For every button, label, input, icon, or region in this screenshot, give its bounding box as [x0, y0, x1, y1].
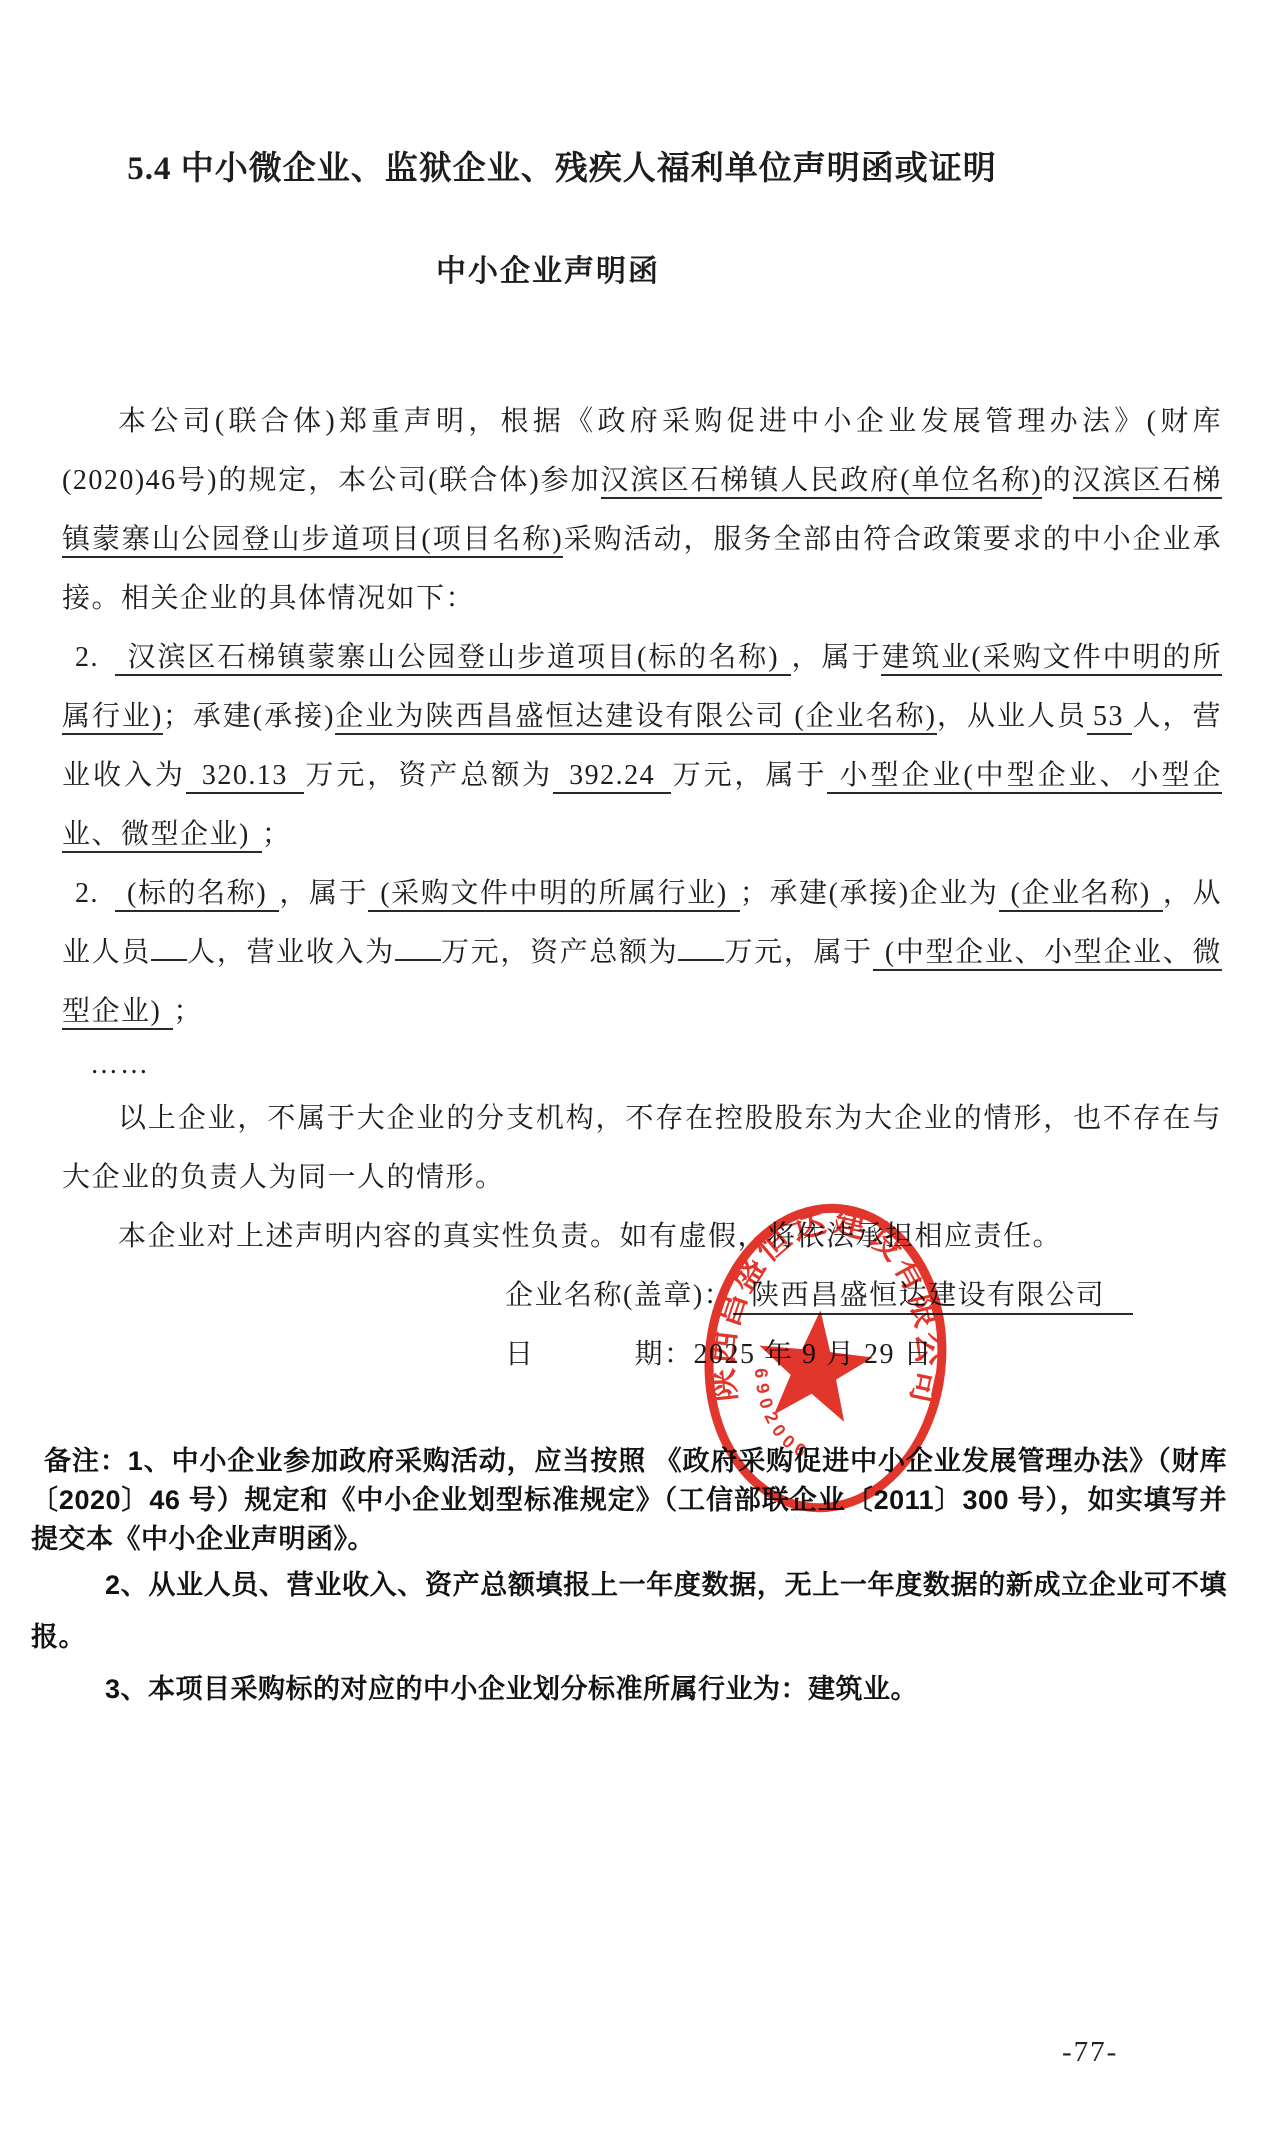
item2-subject-blank: (标的名称) — [115, 878, 279, 912]
date-label-left: 日 — [505, 1339, 535, 1370]
item2-text-1: ，属于 — [279, 878, 368, 909]
item1-number: 2. — [75, 642, 99, 673]
section-title: 5.4 中小微企业、监狱企业、残疾人福利单位声明函或证明 — [0, 142, 1280, 189]
item1-text-2: ；承建(承接) — [163, 701, 335, 732]
item1-text-3: ，从业人员 — [937, 701, 1087, 732]
declaration-paragraph: 本公司(联合体)郑重声明，根据《政府采购促进中小企业发展管理办法》(财库(202… — [62, 392, 1222, 628]
item2-company-blank: (企业名称) — [999, 878, 1163, 912]
note-2: 2、从业人员、营业收入、资产总额填报上一年度数据，无上一年度数据的新成立企业可不… — [31, 1559, 1227, 1663]
enterprise-item-1: 2.汉滨区石梯镇蒙寨山公园登山步道项目(标的名称)，属于建筑业(采购文件中明的所… — [62, 628, 1222, 864]
item2-assets-blank — [678, 928, 724, 961]
item1-employees-value: 53 — [1087, 701, 1132, 735]
purchaser-name-underlined: 汉滨区石梯镇人民政府(单位名称) — [601, 465, 1043, 499]
item1-text-7: ； — [262, 819, 292, 850]
note-1: 备注：1、中小企业参加政府采购活动，应当按照 《政府采购促进中小企业发展管理办法… — [31, 1442, 1227, 1559]
document-body: 本公司(联合体)郑重声明，根据《政府采购促进中小企业发展管理办法》(财库(202… — [62, 392, 1222, 1384]
item1-text-1: ，属于 — [791, 642, 881, 673]
notes-section: 备注：1、中小企业参加政府采购活动，应当按照 《政府采购促进中小企业发展管理办法… — [31, 1442, 1227, 1715]
item1-assets-value: 392.24 — [553, 760, 671, 794]
section-title-text: 5.4 中小微企业、监狱企业、残疾人福利单位声明函或证明 — [127, 151, 997, 187]
company-seal-line: 企业名称(盖章)：陕西昌盛恒达建设有限公司 — [505, 1266, 1222, 1325]
item1-text-5: 万元，资产总额为 — [304, 760, 553, 791]
document-title: 中小企业声明函 — [0, 246, 1280, 290]
p1-text-2: 的 — [1042, 465, 1072, 496]
scanned-declaration-page: 5.4 中小微企业、监狱企业、残疾人福利单位声明函或证明 中小企业声明函 本公司… — [0, 0, 1280, 2133]
item1-text-6: 万元，属于 — [671, 760, 827, 791]
item2-industry-blank: (采购文件中明的所属行业) — [368, 878, 740, 912]
item2-employees-blank — [151, 928, 187, 961]
date-label-right: 期： — [635, 1339, 694, 1370]
item1-company-underlined: 企业为陕西昌盛恒达建设有限公司 (企业名称) — [335, 701, 937, 735]
item2-text-2: ；承建(承接)企业为 — [740, 878, 999, 909]
note-3: 3、本项目采购标的对应的中小企业划分标准所属行业为：建筑业。 — [31, 1663, 1227, 1715]
enterprise-item-2: 2.(标的名称)，属于(采购文件中明的所属行业)；承建(承接)企业为(企业名称)… — [62, 864, 1222, 1041]
date-value: 2025 年 9 月 29 日 — [694, 1339, 934, 1370]
item2-revenue-blank — [395, 928, 441, 961]
page-number: -77- — [1062, 2036, 1118, 2069]
ellipsis-line: …… — [62, 1041, 1222, 1089]
responsibility-paragraph: 本企业对上述声明内容的真实性负责。如有虚假，将依法承担相应责任。 — [62, 1207, 1222, 1266]
signature-block: 企业名称(盖章)：陕西昌盛恒达建设有限公司 日期：2025 年 9 月 29 日 — [505, 1266, 1222, 1384]
item1-subject-underlined: 汉滨区石梯镇蒙寨山公园登山步道项目(标的名称) — [115, 642, 791, 676]
company-name-underlined: 陕西昌盛恒达建设有限公司 — [733, 1280, 1133, 1315]
item2-number: 2. — [75, 878, 99, 909]
company-seal-label: 企业名称(盖章)： — [505, 1280, 733, 1311]
item2-text-7: ； — [173, 996, 203, 1027]
item1-revenue-value: 320.13 — [186, 760, 304, 794]
item2-text-4: 人，营业收入为 — [187, 937, 395, 968]
date-line: 日期：2025 年 9 月 29 日 — [505, 1325, 1222, 1384]
item2-text-5: 万元，资产总额为 — [441, 937, 679, 968]
no-affiliation-paragraph: 以上企业，不属于大企业的分支机构，不存在控股股东为大企业的情形，也不存在与大企业… — [62, 1089, 1222, 1207]
document-title-text: 中小企业声明函 — [436, 255, 660, 288]
item2-text-6: 万元，属于 — [724, 937, 873, 968]
